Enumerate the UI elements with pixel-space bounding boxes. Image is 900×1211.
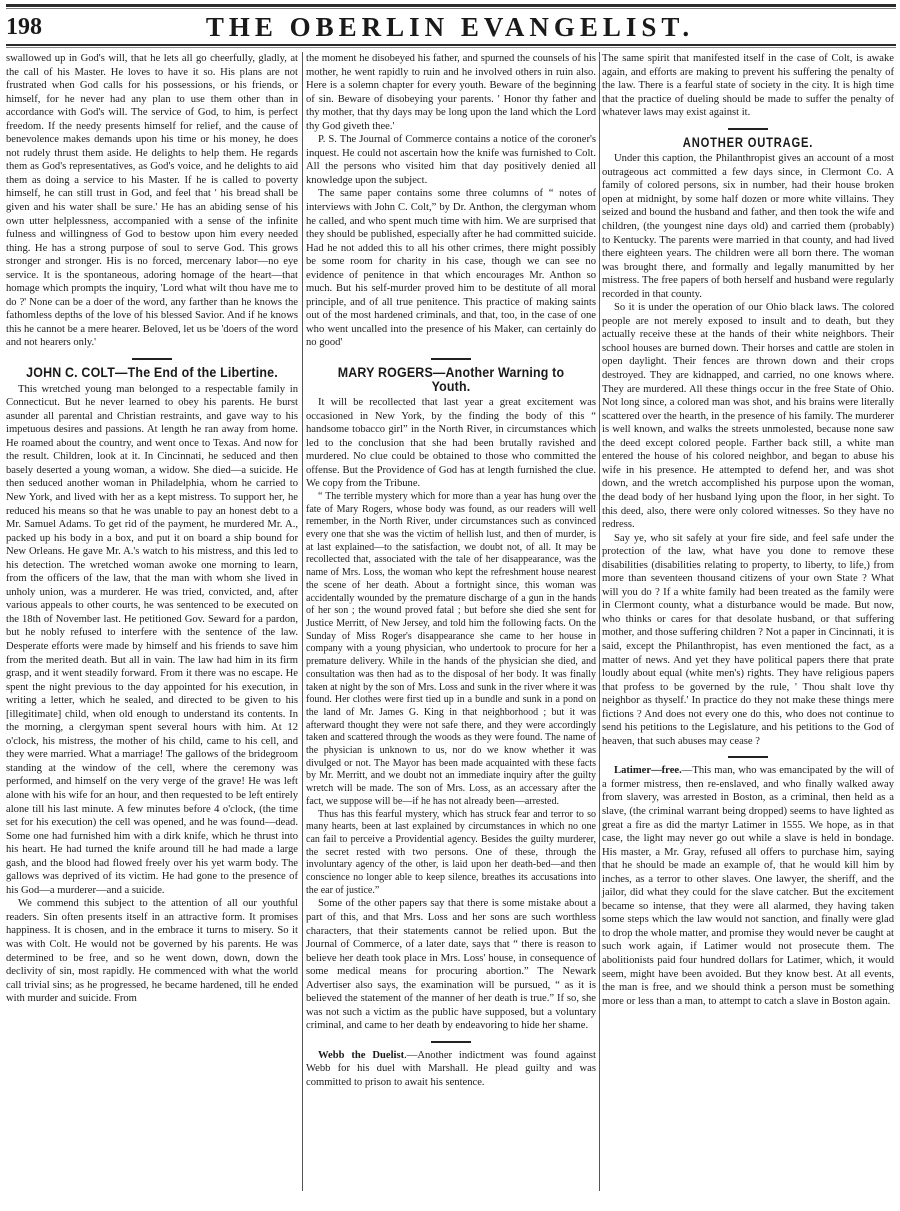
top-rule <box>6 4 896 7</box>
article-separator <box>431 358 471 360</box>
article-separator <box>132 358 172 360</box>
column-1: swallowed up in God's will, that he lets… <box>6 52 298 1207</box>
webb-paragraph: Webb the Duelist.—Another indictment was… <box>306 1049 596 1090</box>
rogers-paragraph-1: It will be recollected that last year a … <box>306 396 596 491</box>
anthon-paragraph: The same paper contains some three colum… <box>306 187 596 350</box>
webb-runin-heading: Webb the Duelist <box>318 1050 404 1061</box>
colt-continuation-paragraph: the moment he disobeyed his father, and … <box>306 52 596 133</box>
article-headline-colt: JOHN C. COLT—The End of the Libertine. <box>18 366 287 380</box>
newspaper-page: 198 THE OBERLIN EVANGELIST. swallowed up… <box>0 0 900 1211</box>
postscript-paragraph: P. S. The Journal of Commerce contains a… <box>306 133 596 187</box>
colt-paragraph-1: This wretched young man belonged to a re… <box>6 383 298 898</box>
rogers-tribune-quote-2: Thus has this fearful mystery, which has… <box>306 809 596 898</box>
outrage-paragraph-2: So it is under the operation of our Ohio… <box>602 301 894 531</box>
masthead-rule <box>6 44 896 46</box>
article-separator <box>728 756 768 758</box>
latimer-runin-heading: Latimer—free. <box>614 765 682 776</box>
colt-paragraph-2: We commend this subject to the attention… <box>6 897 298 1005</box>
article-separator <box>431 1041 471 1043</box>
outrage-paragraph-3: Say ye, who sit safely at your fire side… <box>602 532 894 749</box>
rogers-paragraph-2: Some of the other papers say that there … <box>306 897 596 1032</box>
article-separator <box>728 128 768 130</box>
column-3: The same spirit that manifested itself i… <box>602 52 894 1207</box>
column-divider-2 <box>599 52 600 1191</box>
top-rule-thin <box>6 8 896 9</box>
newspaper-title: THE OBERLIN EVANGELIST. <box>0 12 900 43</box>
article-headline-rogers: MARY ROGERS—Another Warning to Youth. <box>318 366 585 393</box>
column-2: the moment he disobeyed his father, and … <box>306 52 596 1207</box>
column-divider-1 <box>302 52 303 1191</box>
masthead-rule-thin <box>6 47 896 48</box>
outrage-paragraph-1: Under this caption, the Philanthropist g… <box>602 152 894 301</box>
rogers-tribune-quote-1: “ The terrible mystery which for more th… <box>306 491 596 809</box>
dueling-paragraph: The same spirit that manifested itself i… <box>602 52 894 120</box>
latimer-paragraph: Latimer—free.—This man, who was emancipa… <box>602 764 894 1008</box>
article-headline-outrage: ANOTHER OUTRAGE. <box>631 136 865 150</box>
masthead: 198 THE OBERLIN EVANGELIST. <box>0 12 900 42</box>
article-continuation-paragraph: swallowed up in God's will, that he lets… <box>6 52 298 350</box>
latimer-text: —This man, who was emancipated by the wi… <box>602 765 894 1006</box>
